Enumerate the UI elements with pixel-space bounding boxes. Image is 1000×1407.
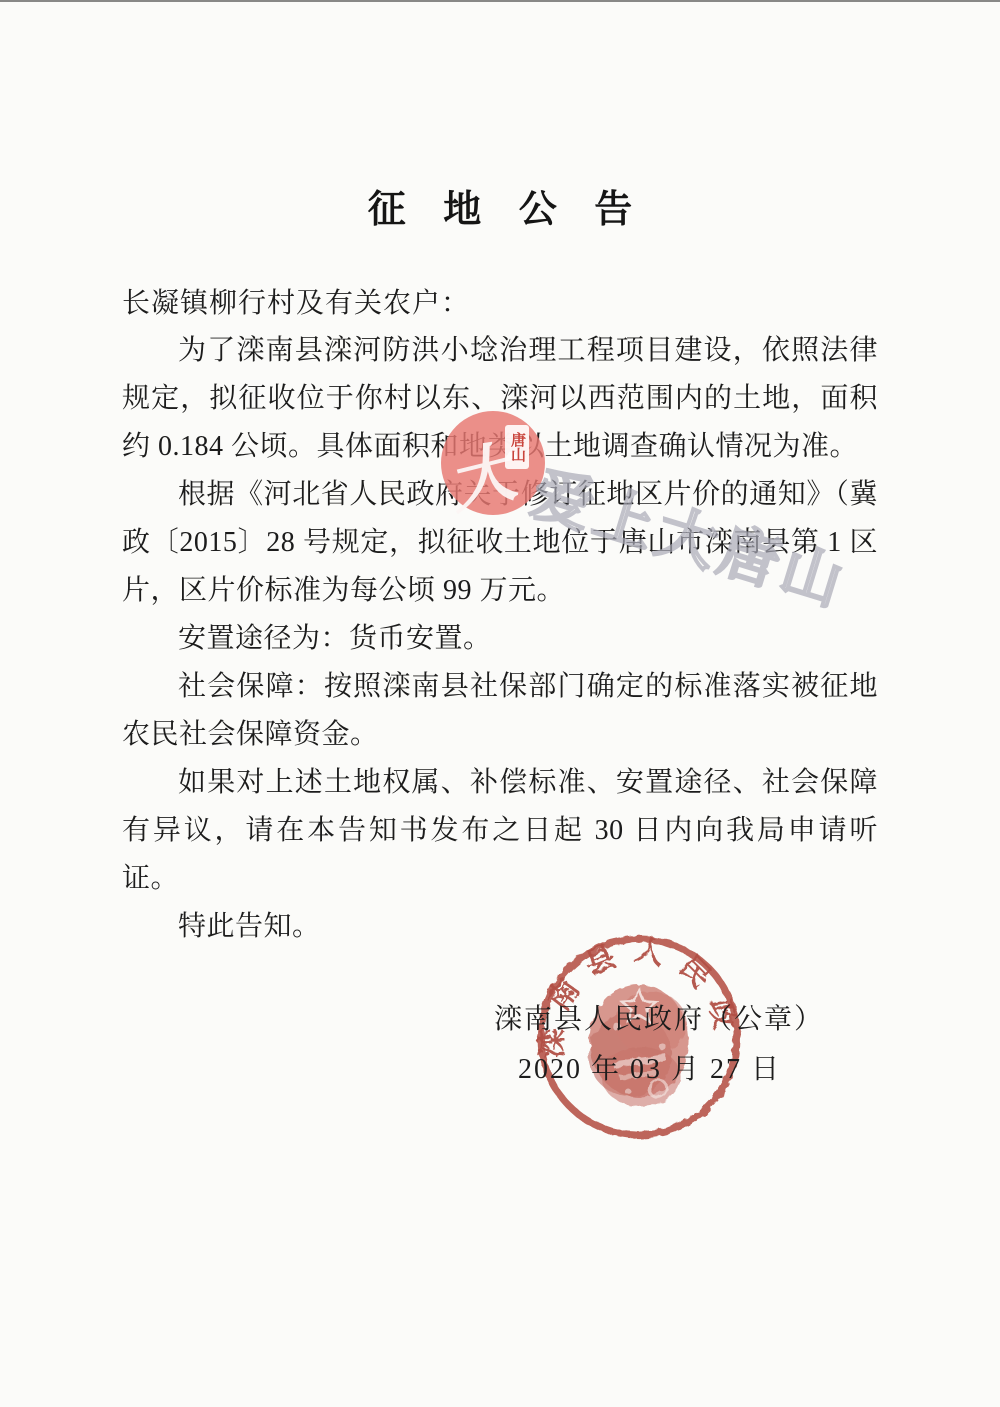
paragraph-hearing-rights: 如果对上述土地权属、补偿标准、安置途径、社会保障有异议，请在本告知书发布之日起 … <box>122 759 878 903</box>
signature-name: 滦南县人民政府（公章） <box>494 997 824 1037</box>
scanned-page: 征 地 公 告 长凝镇柳行村及有关农户： 为了滦南县滦河防洪小埝治理工程项目建设… <box>0 0 1000 1407</box>
notice-body: 为了滦南县滦河防洪小埝治理工程项目建设，依照法律规定，拟征收位于你村以东、滦河以… <box>122 327 878 951</box>
seal-ring <box>541 939 737 1135</box>
paragraph-project: 为了滦南县滦河防洪小埝治理工程项目建设，依照法律规定，拟征收位于你村以东、滦河以… <box>122 327 878 471</box>
salutation: 长凝镇柳行村及有关农户： <box>122 281 470 321</box>
paragraph-closing: 特此告知。 <box>122 903 878 951</box>
paragraph-resettlement: 安置途径为：货币安置。 <box>122 615 878 663</box>
page-title: 征 地 公 告 <box>0 178 1000 233</box>
scan-edge-artifact <box>0 0 1000 2</box>
paragraph-social-security: 社会保障：按照滦南县社保部门确定的标准落实被征地农民社会保障资金。 <box>122 663 878 759</box>
paragraph-price-basis: 根据《河北省人民政府关于修订征地区片价的通知》（冀政〔2015〕28 号规定，拟… <box>122 471 878 615</box>
official-seal-icon: 滦南县人民政府 <box>530 928 748 1146</box>
signature-date: 2020 年 03 月 27 日 <box>518 1047 781 1087</box>
